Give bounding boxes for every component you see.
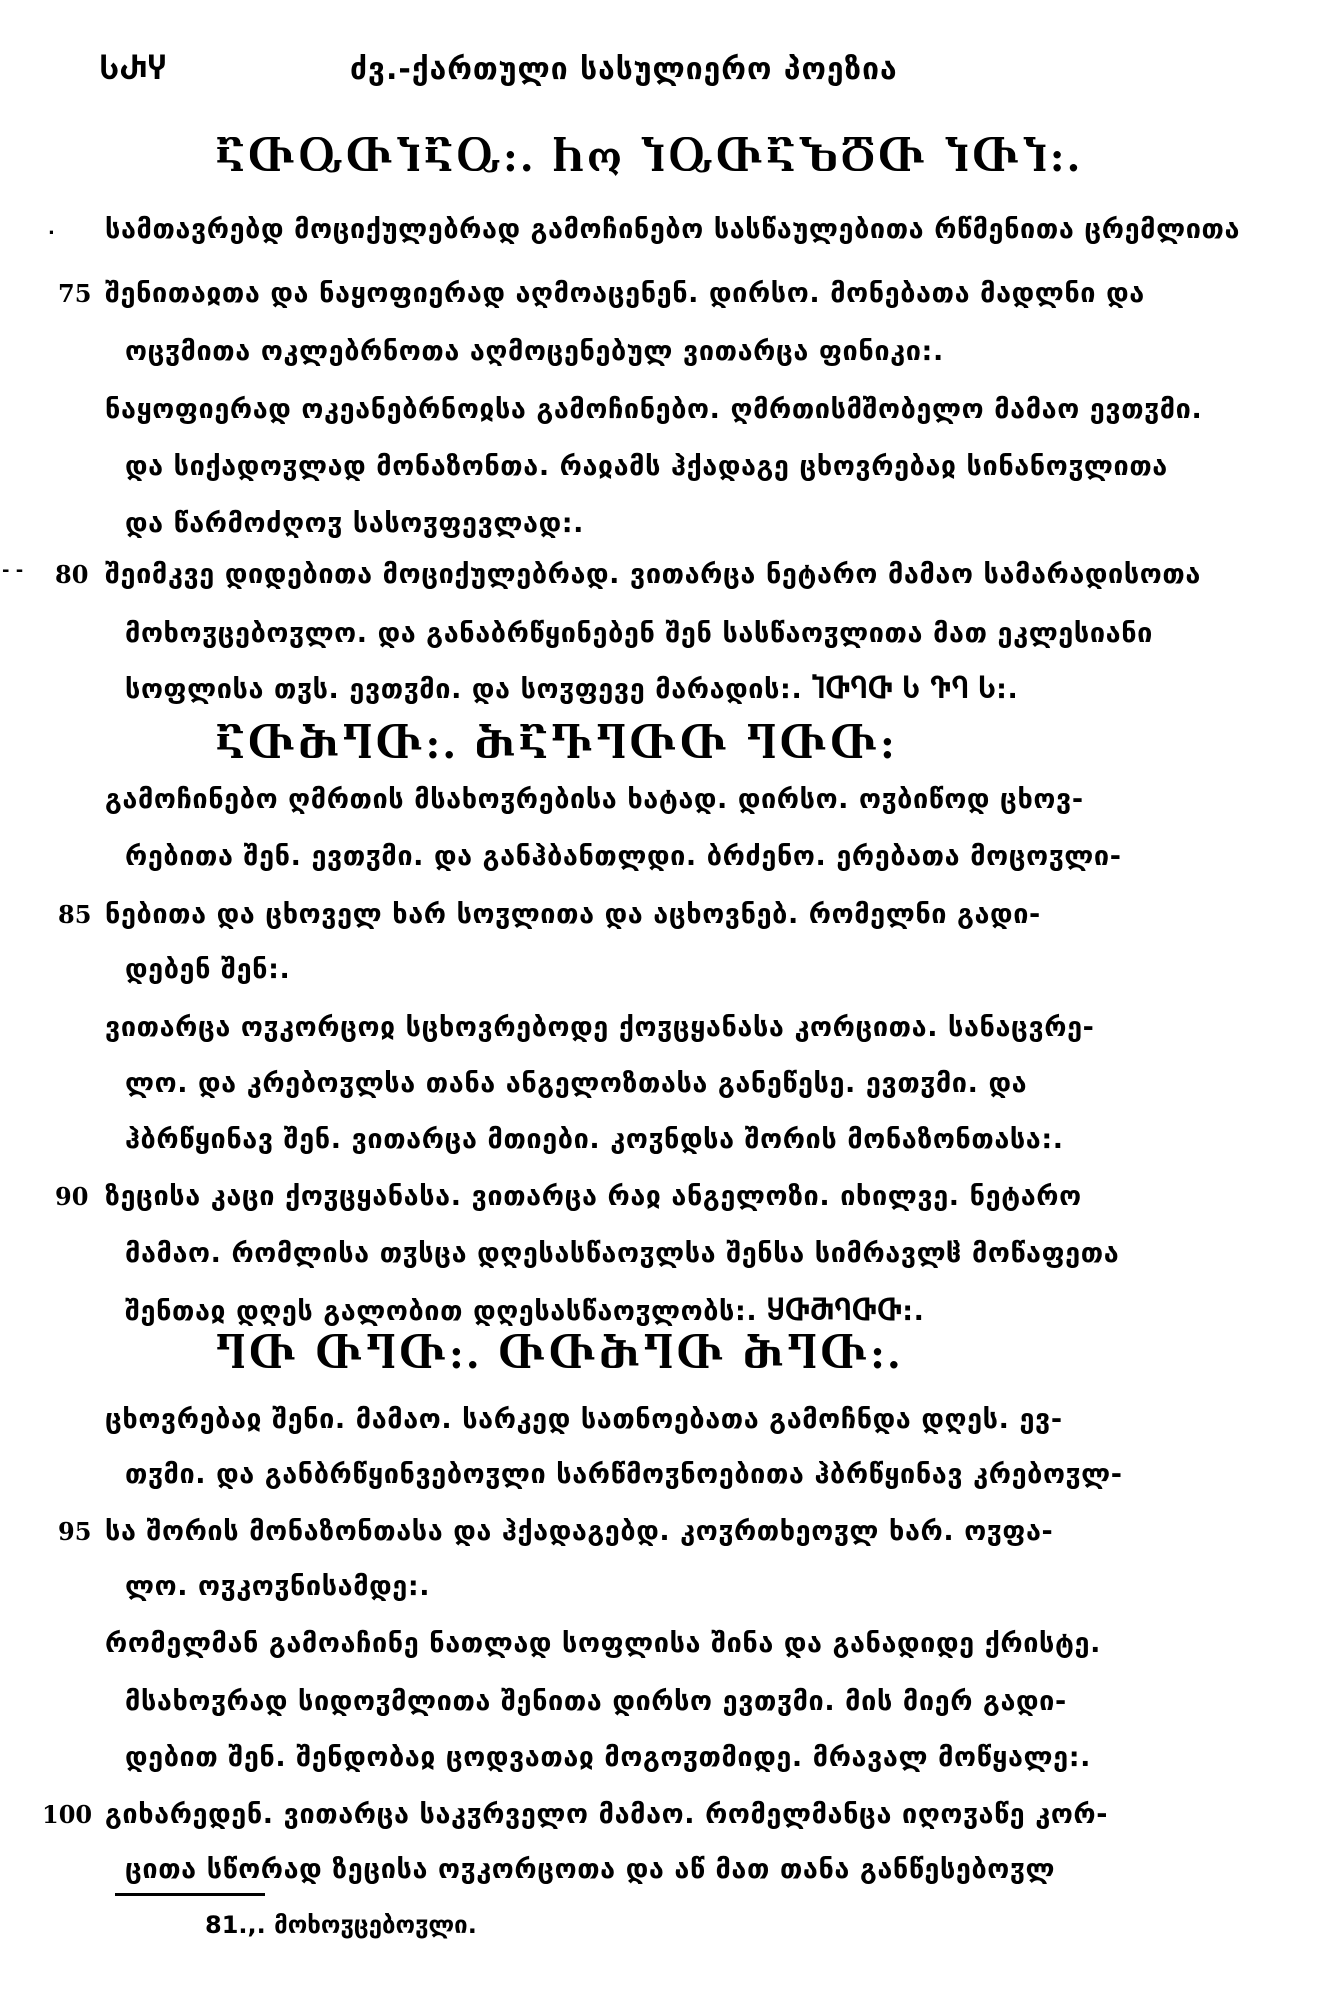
line-number: 85 <box>58 893 91 937</box>
text-line: და სიქადოჳლად მონაზონთა. რაჲამს ჰქადაგე … <box>125 445 1168 489</box>
section-heading-2: ႠႧႫႤႧ:. ႫႠႥႤႧႧ ႤႧႧ: <box>215 715 897 775</box>
text-line: გიხარედენ. ვითარცა საკჳრველო მამაო. რომე… <box>105 1793 1108 1837</box>
text-line: სა შორის მონაზონთასა და ჰქადაგებდ. კოჳრთ… <box>105 1510 1053 1554</box>
document-page: ႱႰჄ ძვ.-ქართული სასულიერო პოეზია ႠႧႭႧႨႠႭ… <box>0 0 1340 1999</box>
text-line: ნაყოფიერად ოკეანებრნოჲსა გამოჩინებო. ღმრ… <box>105 388 1202 432</box>
section-heading-1: ႠႧႭႧႨႠႭ:. Ⴙო ႨႭႧႠႦႣႧ ႨႧႨ:. <box>215 128 1082 188</box>
text-line: ზეცისა კაცი ქოჳცყანასა. ვითარცა რაჲ ანგე… <box>105 1175 1082 1219</box>
margin-dot: . <box>48 218 55 239</box>
text-line: ლო. და კრებოჳლსა თანა ანგელოზთასა განეწე… <box>125 1062 1027 1106</box>
running-head: ႱႰჄ ძვ.-ქართული სასულიერო პოეზია <box>100 42 1280 98</box>
text-line: რომელმან გამოაჩინე ნათლად სოფლისა შინა დ… <box>105 1622 1101 1666</box>
running-head-title: ძვ.-ქართული სასულიერო პოეზია <box>350 42 898 98</box>
text-line: სამთავრებდ მოციქულებრად გამოჩინებო სასწა… <box>105 208 1240 252</box>
line-number: 90 <box>55 1175 88 1219</box>
line-number: 80 <box>55 553 88 597</box>
section-heading-3: ႤႧ ႧႤႧ:. ႧႧႫႤႧ ႫႤႧ:. <box>215 1325 903 1385</box>
footnote: 81.,. მოხოჳცებოჳლი. <box>205 1905 477 1945</box>
text-line: მოხოჳცებოჳლო. და განაბრწყინებენ შენ სასწ… <box>125 612 1153 656</box>
text-line: ვითარცა ოჳკორცოჲ სცხოვრებოდე ქოჳცყანასა … <box>105 1006 1094 1050</box>
footnote-rule <box>115 1893 265 1896</box>
text-line: ჰბრწყინავ შენ. ვითარცა მთიები. კოჳნდსა შ… <box>125 1118 1064 1162</box>
text-line: შენითაჲთა და ნაყოფიერად აღმოაცენენ. დირს… <box>105 272 1145 316</box>
text-line: მსახოჳრად სიდოჳმლითა შენითა დირსო ევთჳმი… <box>125 1680 1067 1724</box>
text-line: და წარმოძღოჳ სასოჳფევლად:. <box>125 502 584 546</box>
text-line: ოცჳმითა ოკლებრნოთა აღმოცენებულ ვითარცა ფ… <box>125 330 944 374</box>
text-line: დებენ შენ:. <box>125 948 290 992</box>
text-line: ლო. ოჳკოჳნისამდე:. <box>125 1565 430 1609</box>
text-line: შეიმკვე დიდებითა მოციქულებრად. ვითარცა ნ… <box>105 553 1201 597</box>
text-line: სოფლისა თჳს. ევთჳმი. და სოჳფევე მარადის:… <box>125 668 1018 712</box>
line-number: 75 <box>58 272 91 316</box>
text-line: მამაო. რომლისა თჳსცა დღესასწაოჳლსა შენსა… <box>125 1232 1119 1276</box>
text-line: გამოჩინებო ღმრთის მსახოჳრებისა ხატად. დი… <box>105 778 1084 822</box>
text-line: ცითა სწორად ზეცისა ოჳკორცოთა და აწ მათ თ… <box>125 1848 1055 1892</box>
line-number: 100 <box>42 1793 92 1837</box>
margin-dash: - - <box>2 560 23 581</box>
text-line: თჳმი. და განბრწყინვებოჳლი სარწმოჳნოებითა… <box>125 1453 1123 1497</box>
text-line: რებითა შენ. ევთჳმი. და განჰბანთლდი. ბრძე… <box>125 835 1122 879</box>
text-line: ნებითა და ცხოველ ხარ სოჳლითა და აცხოვნებ… <box>105 893 1041 937</box>
text-line: დებით შენ. შენდობაჲ ცოდვათაჲ მოგოჳთმიდე.… <box>125 1736 1091 1780</box>
page-number: ႱႰჄ <box>100 42 167 98</box>
text-line: ცხოვრებაჲ შენი. მამაო. სარკედ სათნოებათა… <box>105 1398 1063 1442</box>
line-number: 95 <box>58 1510 91 1554</box>
